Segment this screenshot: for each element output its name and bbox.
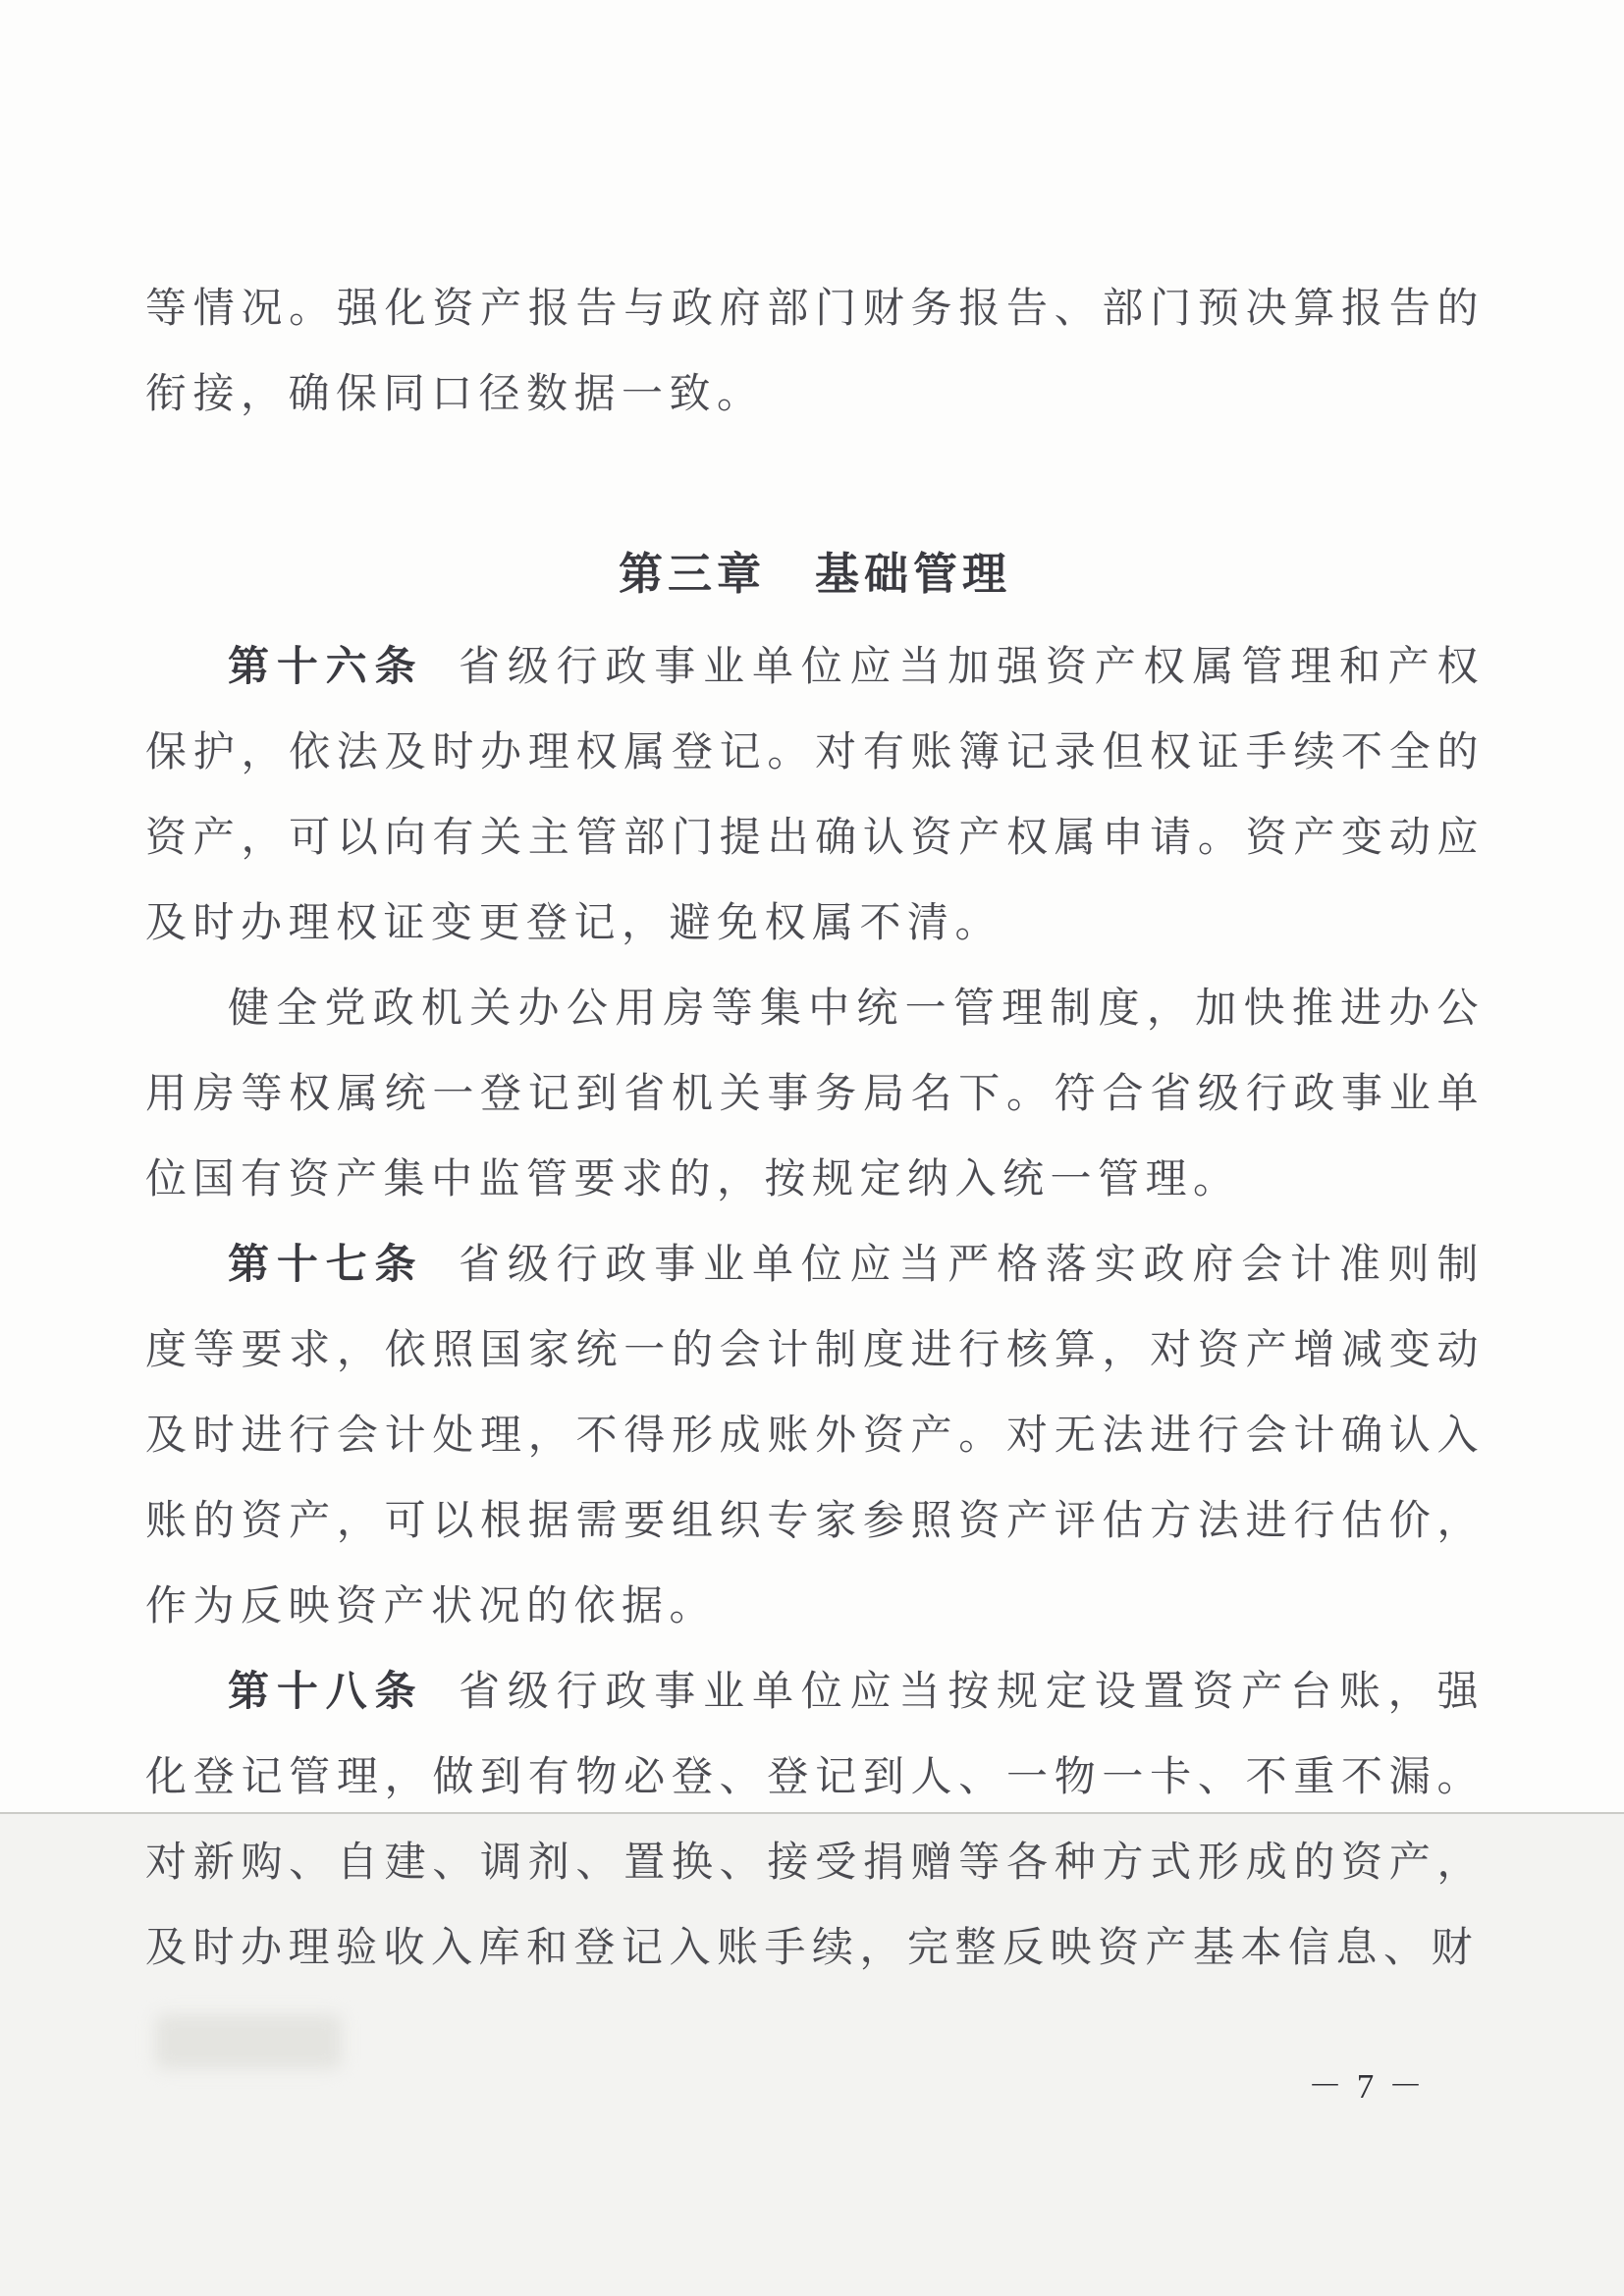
intro-paragraph-text: 等情况。强化资产报告与政府部门财务报告、部门预决算报告的衔接，确保同口径数据一致…	[145, 287, 1485, 417]
document-page: { "document": { "intro_paragraph": "等情况。…	[0, 0, 1624, 2296]
article-18-text: 省级行政事业单位应当按规定设置资产台账，强化登记管理，做到有物必登、登记到人、一…	[145, 1670, 1485, 1971]
article-17-text: 省级行政事业单位应当严格落实政府会计准则制度等要求，依照国家统一的会计制度进行核…	[145, 1243, 1485, 1629]
article-18-number: 第十八条	[228, 1670, 423, 1715]
scan-artifact-smudge	[155, 2014, 342, 2069]
chapter-heading: 第三章 基础管理	[145, 532, 1485, 617]
body-paragraph-text: 健全党政机关办公用房等集中统一管理制度，加快推进办公用房等权属统一登记到省机关事…	[145, 987, 1485, 1202]
article-16-number: 第十六条	[228, 645, 423, 690]
intro-paragraph: 等情况。强化资产报告与政府部门财务报告、部门预决算报告的衔接，确保同口径数据一致…	[145, 267, 1485, 438]
article-16-paragraph: 第十六条省级行政事业单位应当加强资产权属管理和产权保护，依法及时办理权属登记。对…	[145, 625, 1485, 967]
page-number: － 7 －	[1308, 2059, 1426, 2109]
article-16-text: 省级行政事业单位应当加强资产权属管理和产权保护，依法及时办理权属登记。对有账簿记…	[145, 645, 1485, 946]
article-18-paragraph: 第十八条省级行政事业单位应当按规定设置资产台账，强化登记管理，做到有物必登、登记…	[145, 1650, 1485, 1992]
body-paragraph: 健全党政机关办公用房等集中统一管理制度，加快推进办公用房等权属统一登记到省机关事…	[145, 967, 1485, 1223]
document-body: 等情况。强化资产报告与政府部门财务报告、部门预决算报告的衔接，确保同口径数据一致…	[145, 267, 1485, 1992]
article-17-paragraph: 第十七条省级行政事业单位应当严格落实政府会计准则制度等要求，依照国家统一的会计制…	[145, 1223, 1485, 1650]
article-17-number: 第十七条	[228, 1243, 423, 1288]
